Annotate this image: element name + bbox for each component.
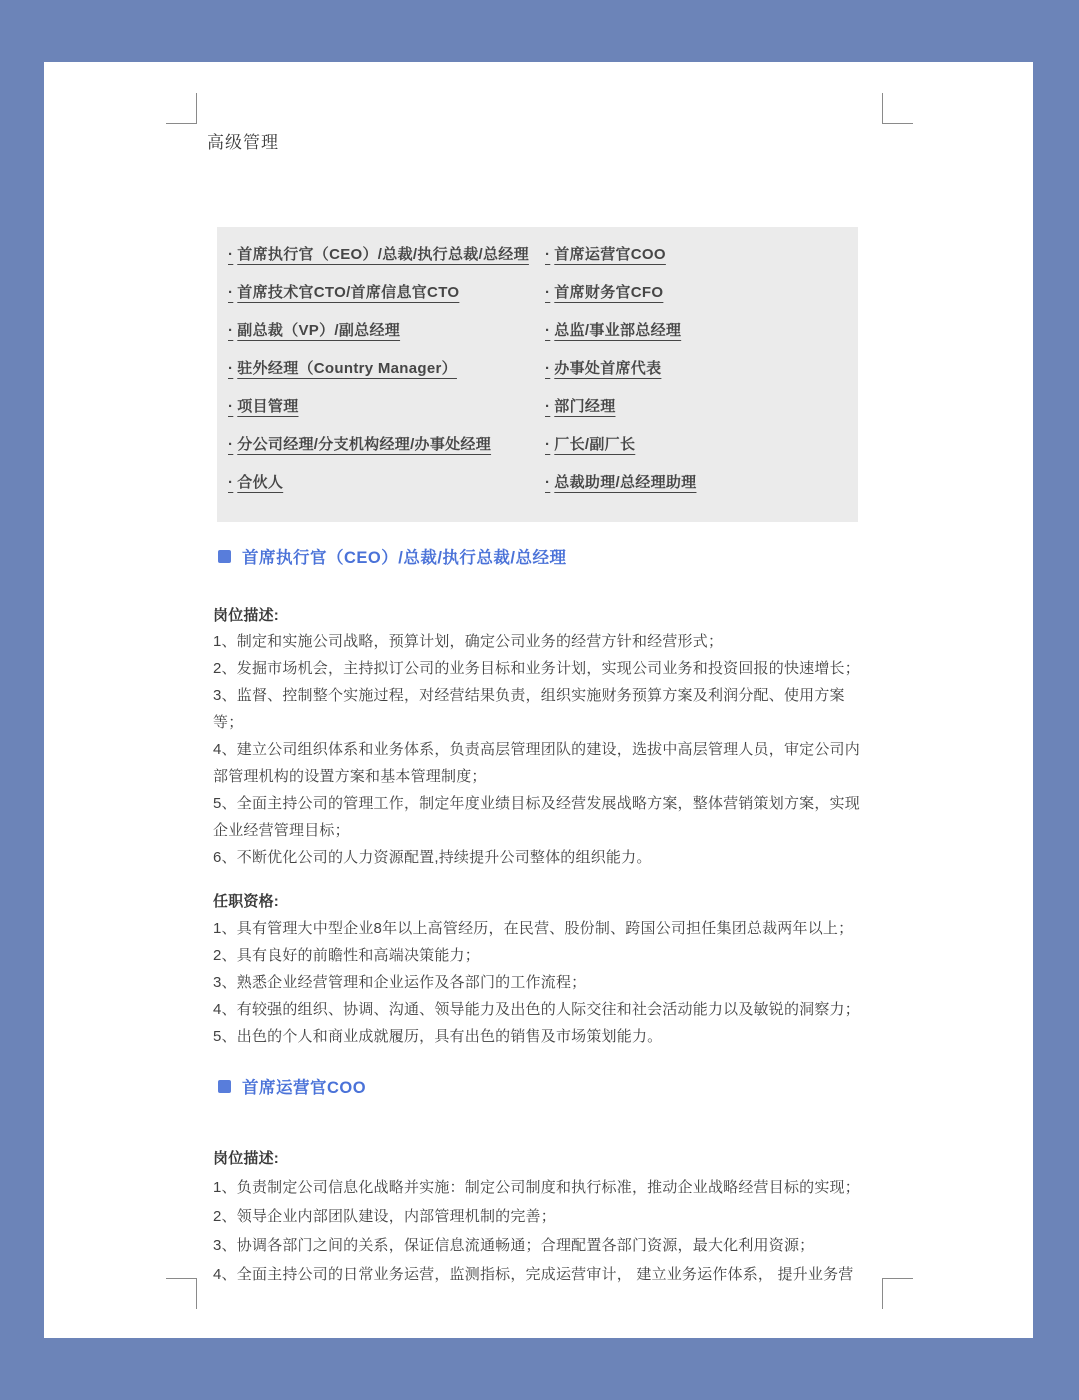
bullet-icon: · [545,360,550,377]
qualification-heading: 任职资格: [213,888,869,915]
qualification-item: 4、有较强的组织、协调、沟通、领导能力及出色的人际交往和社会活动能力以及敏锐的洞… [213,996,869,1023]
directory-link[interactable]: ·办事处首席代表 [545,357,661,378]
section-title-text: 首席执行官（CEO）/总裁/执行总裁/总经理 [242,544,567,568]
directory-link[interactable]: ·首席运营官COO [545,243,666,264]
directory-link-label: 部门经理 [554,398,615,415]
section-title-text: 首席运营官COO [242,1074,366,1098]
directory-link-label: 分公司经理/分支机构经理/办事处经理 [237,436,491,453]
directory-link-label: 首席技术官CTO/首席信息官CTO [237,284,459,301]
bullet-icon: · [545,474,550,491]
qualification-item: 3、熟悉企业经营管理和企业运作及各部门的工作流程； [213,969,869,996]
bullet-icon: · [228,474,233,491]
description-item: 1、制定和实施公司战略，预算计划，确定公司业务的经营方针和经营形式； [213,628,869,655]
description-item: 4、建立公司组织体系和业务体系，负责高层管理团队的建设，选拔中高层管理人员，审定… [213,736,869,790]
description-heading: 岗位描述: [213,1145,869,1172]
margin-mark-bottom-right-icon [882,1278,913,1309]
directory-link[interactable]: ·总裁助理/总经理助理 [545,471,696,492]
bullet-icon: · [228,398,233,415]
bullet-icon: · [545,436,550,453]
qualification-item: 2、具有良好的前瞻性和高端决策能力； [213,942,869,969]
margin-mark-top-left-icon [166,93,197,124]
description-heading: 岗位描述: [213,602,869,629]
description-item: 4、全面主持公司的日常业务运营，监测指标，完成运营审计， 建立业务运作体系， 提… [213,1260,869,1289]
section-title: 首席执行官（CEO）/总裁/执行总裁/总经理 [218,544,567,568]
directory-link-label: 副总裁（VP）/副总经理 [237,322,400,339]
directory-link[interactable]: ·副总裁（VP）/副总经理 [228,319,400,340]
directory-link[interactable]: ·首席财务官CFO [545,281,663,302]
job-directory-grid: ·首席执行官（CEO）/总裁/执行总裁/总经理 ·首席运营官COO ·首席技术官… [228,243,848,509]
description-item: 1、负责制定公司信息化战略并实施：制定公司制度和执行标准，推动企业战略经营目标的… [213,1173,869,1202]
directory-link-label: 项目管理 [237,398,298,415]
directory-link-label: 合伙人 [237,474,283,491]
directory-link[interactable]: ·合伙人 [228,471,283,492]
directory-link-label: 首席执行官（CEO）/总裁/执行总裁/总经理 [237,246,529,263]
directory-link-label: 驻外经理（Country Manager） [237,360,457,377]
directory-link-label: 总裁助理/总经理助理 [554,474,696,491]
bullet-icon: · [228,322,233,339]
description-list: 1、负责制定公司信息化战略并实施：制定公司制度和执行标准，推动企业战略经营目标的… [213,1173,869,1289]
section-title: 首席运营官COO [218,1074,366,1098]
page-header: 高级管理 [207,128,279,153]
bullet-icon: · [228,284,233,301]
directory-link[interactable]: ·厂长/副厂长 [545,433,635,454]
job-directory-panel: ·首席执行官（CEO）/总裁/执行总裁/总经理 ·首席运营官COO ·首席技术官… [217,227,858,522]
margin-mark-top-right-icon [882,93,913,124]
bullet-icon: · [545,284,550,301]
description-item: 5、全面主持公司的管理工作，制定年度业绩目标及经营发展战略方案，整体营销策划方案… [213,790,869,844]
description-item: 2、发掘市场机会，主持拟订公司的业务目标和业务计划，实现公司业务和投资回报的快速… [213,655,869,682]
bullet-icon: · [228,436,233,453]
directory-link[interactable]: ·部门经理 [545,395,616,416]
bullet-icon: · [545,322,550,339]
bullet-icon: · [545,398,550,415]
directory-link-label: 首席运营官COO [554,246,666,263]
qualification-item: 1、具有管理大中型企业8年以上高管经历，在民营、股份制、跨国公司担任集团总裁两年… [213,915,869,942]
directory-link[interactable]: ·分公司经理/分支机构经理/办事处经理 [228,433,491,454]
qualification-item: 5、出色的个人和商业成就履历，具有出色的销售及市场策划能力。 [213,1023,869,1050]
bullet-icon: · [228,360,233,377]
directory-link-label: 首席财务官CFO [554,284,663,301]
description-item: 6、不断优化公司的人力资源配置,持续提升公司整体的组织能力。 [213,844,869,871]
directory-link-label: 总监/事业部总经理 [554,322,681,339]
margin-mark-bottom-left-icon [166,1278,197,1309]
qualification-list: 1、具有管理大中型企业8年以上高管经历，在民营、股份制、跨国公司担任集团总裁两年… [213,915,869,1050]
directory-link[interactable]: ·总监/事业部总经理 [545,319,681,340]
bullet-icon: · [545,246,550,263]
directory-link-label: 办事处首席代表 [554,360,661,377]
directory-link[interactable]: ·驻外经理（Country Manager） [228,357,457,378]
directory-link[interactable]: ·首席执行官（CEO）/总裁/执行总裁/总经理 [228,243,529,264]
description-list: 1、制定和实施公司战略，预算计划，确定公司业务的经营方针和经营形式； 2、发掘市… [213,628,869,871]
section-marker-icon [218,550,231,563]
document-page: 高级管理 ·首席执行官（CEO）/总裁/执行总裁/总经理 ·首席运营官COO ·… [44,62,1033,1338]
section-marker-icon [218,1080,231,1093]
bullet-icon: · [228,246,233,263]
directory-link[interactable]: ·首席技术官CTO/首席信息官CTO [228,281,459,302]
description-item: 2、领导企业内部团队建设，内部管理机制的完善； [213,1202,869,1231]
directory-link[interactable]: ·项目管理 [228,395,299,416]
directory-link-label: 厂长/副厂长 [554,436,635,453]
description-item: 3、协调各部门之间的关系，保证信息流通畅通；合理配置各部门资源，最大化利用资源； [213,1231,869,1260]
description-item: 3、监督、控制整个实施过程，对经营结果负责，组织实施财务预算方案及利润分配、使用… [213,682,869,736]
